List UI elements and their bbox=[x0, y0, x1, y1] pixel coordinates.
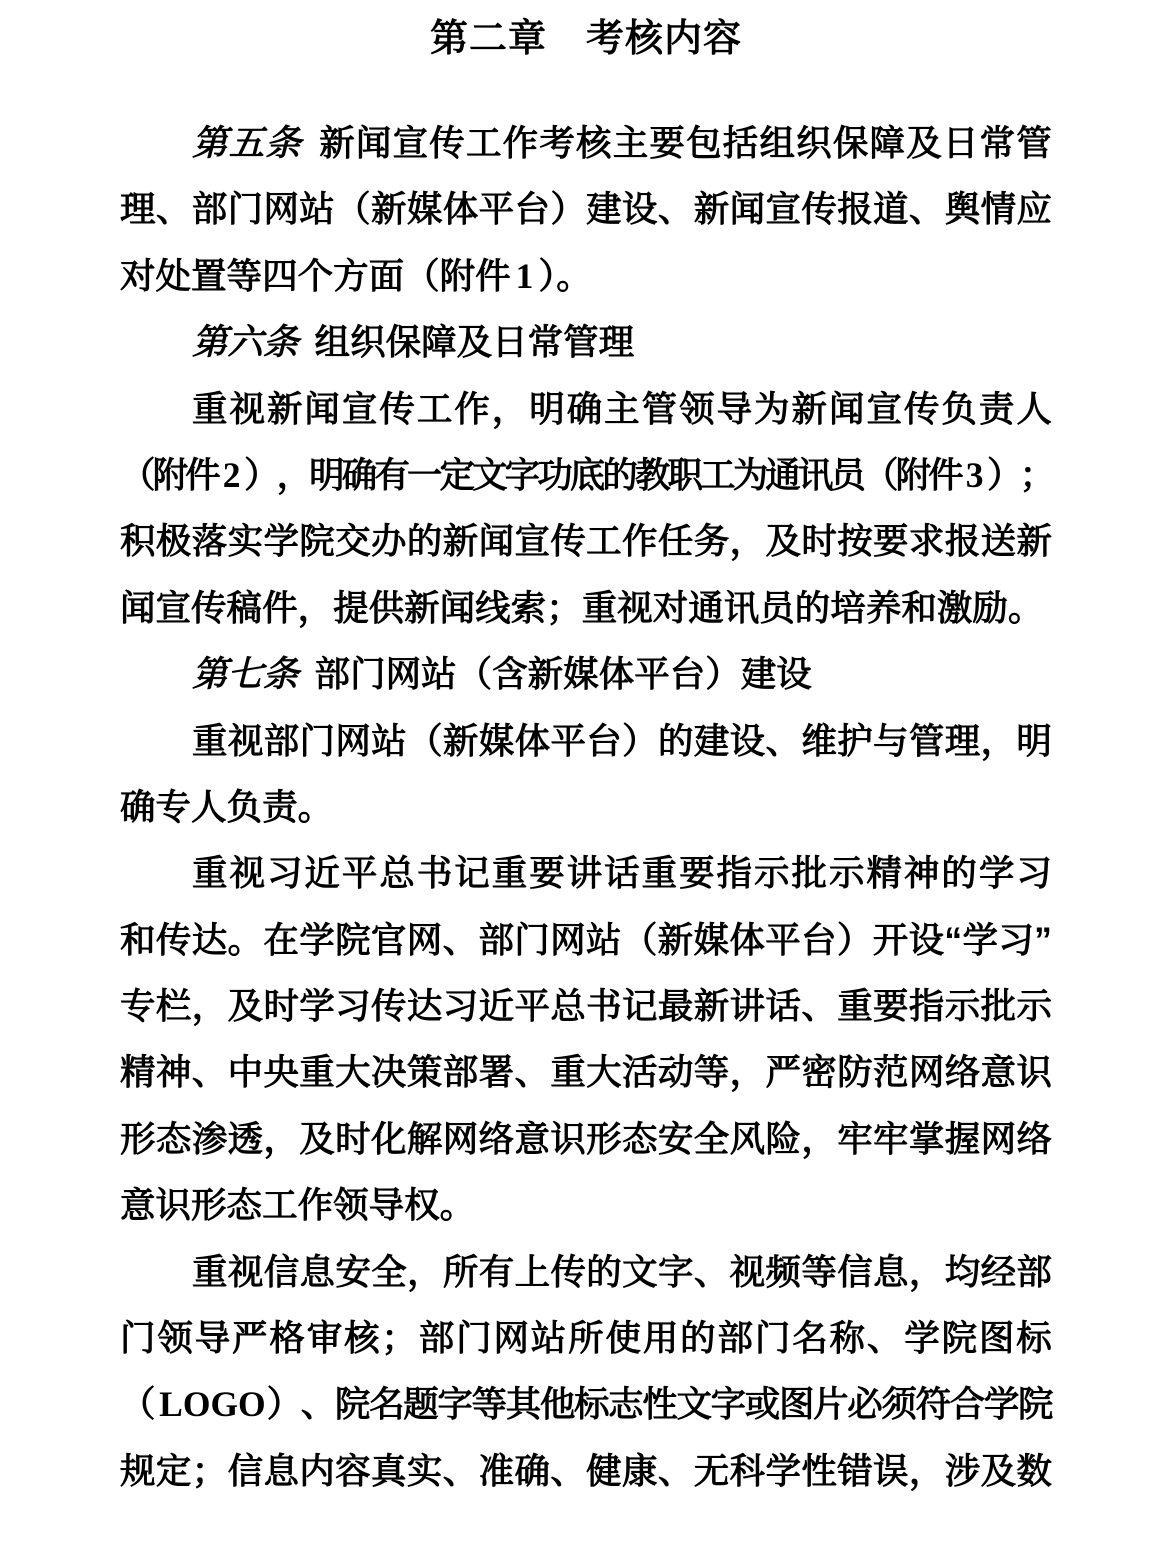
text-line: 重视信息安全，所有上传的文字、视频等信息，均经部 bbox=[120, 1239, 1052, 1305]
text-line: 积极落实学院交办的新闻宣传工作任务，及时按要求报送新 bbox=[120, 508, 1052, 574]
paragraph-article-6-heading: 第六条组织保障及日常管理 bbox=[120, 309, 1052, 375]
text-line: 精神、中央重大决策部署、重大活动等，严密防范网络意识 bbox=[120, 1039, 1052, 1105]
text-line: 门领导严格审核；部门网站所使用的部门名称、学院图标 bbox=[120, 1305, 1052, 1371]
text-line: 形态渗透，及时化解网络意识形态安全风险，牢牢掌握网络 bbox=[120, 1106, 1052, 1172]
text-line: 重视习近平总书记重要讲话重要指示批示精神的学习 bbox=[120, 840, 1052, 906]
paragraph-article-7-heading: 第七条部门网站（含新媒体平台）建设 bbox=[120, 641, 1052, 707]
text-line: （LOGO）、院名题字等其他标志性文字或图片必须符合学院 bbox=[120, 1371, 1052, 1437]
text-line: 和传达。在学院官网、部门网站（新媒体平台）开设“学习” bbox=[120, 907, 1052, 973]
text-line: 确专人负责。 bbox=[120, 774, 1052, 840]
paragraph-article-6-body: 重视新闻宣传工作，明确主管领导为新闻宣传负责人（附件2），明确有一定文字功底的教… bbox=[120, 376, 1052, 642]
paragraph-article-7-body-1: 重视部门网站（新媒体平台）的建设、维护与管理，明确专人负责。 bbox=[120, 708, 1052, 841]
text-line: 理、部门网站（新媒体平台）建设、新闻宣传报道、舆情应 bbox=[120, 176, 1052, 242]
text-line: （附件2），明确有一定文字功底的教职工为通讯员（附件3）； bbox=[120, 442, 1052, 508]
text-line: 第六条组织保障及日常管理 bbox=[120, 309, 1052, 375]
paragraph-article-7-body-2: 重视习近平总书记重要讲话重要指示批示精神的学习和传达。在学院官网、部门网站（新媒… bbox=[120, 840, 1052, 1238]
paragraph-article-5: 第五条新闻宣传工作考核主要包括组织保障及日常管理、部门网站（新媒体平台）建设、新… bbox=[120, 110, 1052, 309]
text-line: 意识形态工作领导权。 bbox=[120, 1172, 1052, 1238]
document-page: 第二章 考核内容 第五条新闻宣传工作考核主要包括组织保障及日常管理、部门网站（新… bbox=[0, 0, 1172, 1546]
chapter-title: 第二章 考核内容 bbox=[120, 0, 1052, 62]
text-line: 第七条部门网站（含新媒体平台）建设 bbox=[120, 641, 1052, 707]
document-content: 第二章 考核内容 第五条新闻宣传工作考核主要包括组织保障及日常管理、部门网站（新… bbox=[120, 0, 1052, 1504]
text-line: 对处置等四个方面（附件1）。 bbox=[120, 243, 1052, 309]
text-line: 重视新闻宣传工作，明确主管领导为新闻宣传负责人 bbox=[120, 376, 1052, 442]
text-line: 专栏，及时学习传达习近平总书记最新讲话、重要指示批示 bbox=[120, 973, 1052, 1039]
document-body: 第五条新闻宣传工作考核主要包括组织保障及日常管理、部门网站（新媒体平台）建设、新… bbox=[120, 110, 1052, 1504]
text-line: 闻宣传稿件，提供新闻线索；重视对通讯员的培养和激励。 bbox=[120, 575, 1052, 641]
text-line: 第五条新闻宣传工作考核主要包括组织保障及日常管 bbox=[120, 110, 1052, 176]
paragraph-article-7-body-3: 重视信息安全，所有上传的文字、视频等信息，均经部门领导严格审核；部门网站所使用的… bbox=[120, 1239, 1052, 1505]
text-line: 重视部门网站（新媒体平台）的建设、维护与管理，明 bbox=[120, 708, 1052, 774]
text-line: 规定；信息内容真实、准确、健康、无科学性错误，涉及数 bbox=[120, 1438, 1052, 1504]
